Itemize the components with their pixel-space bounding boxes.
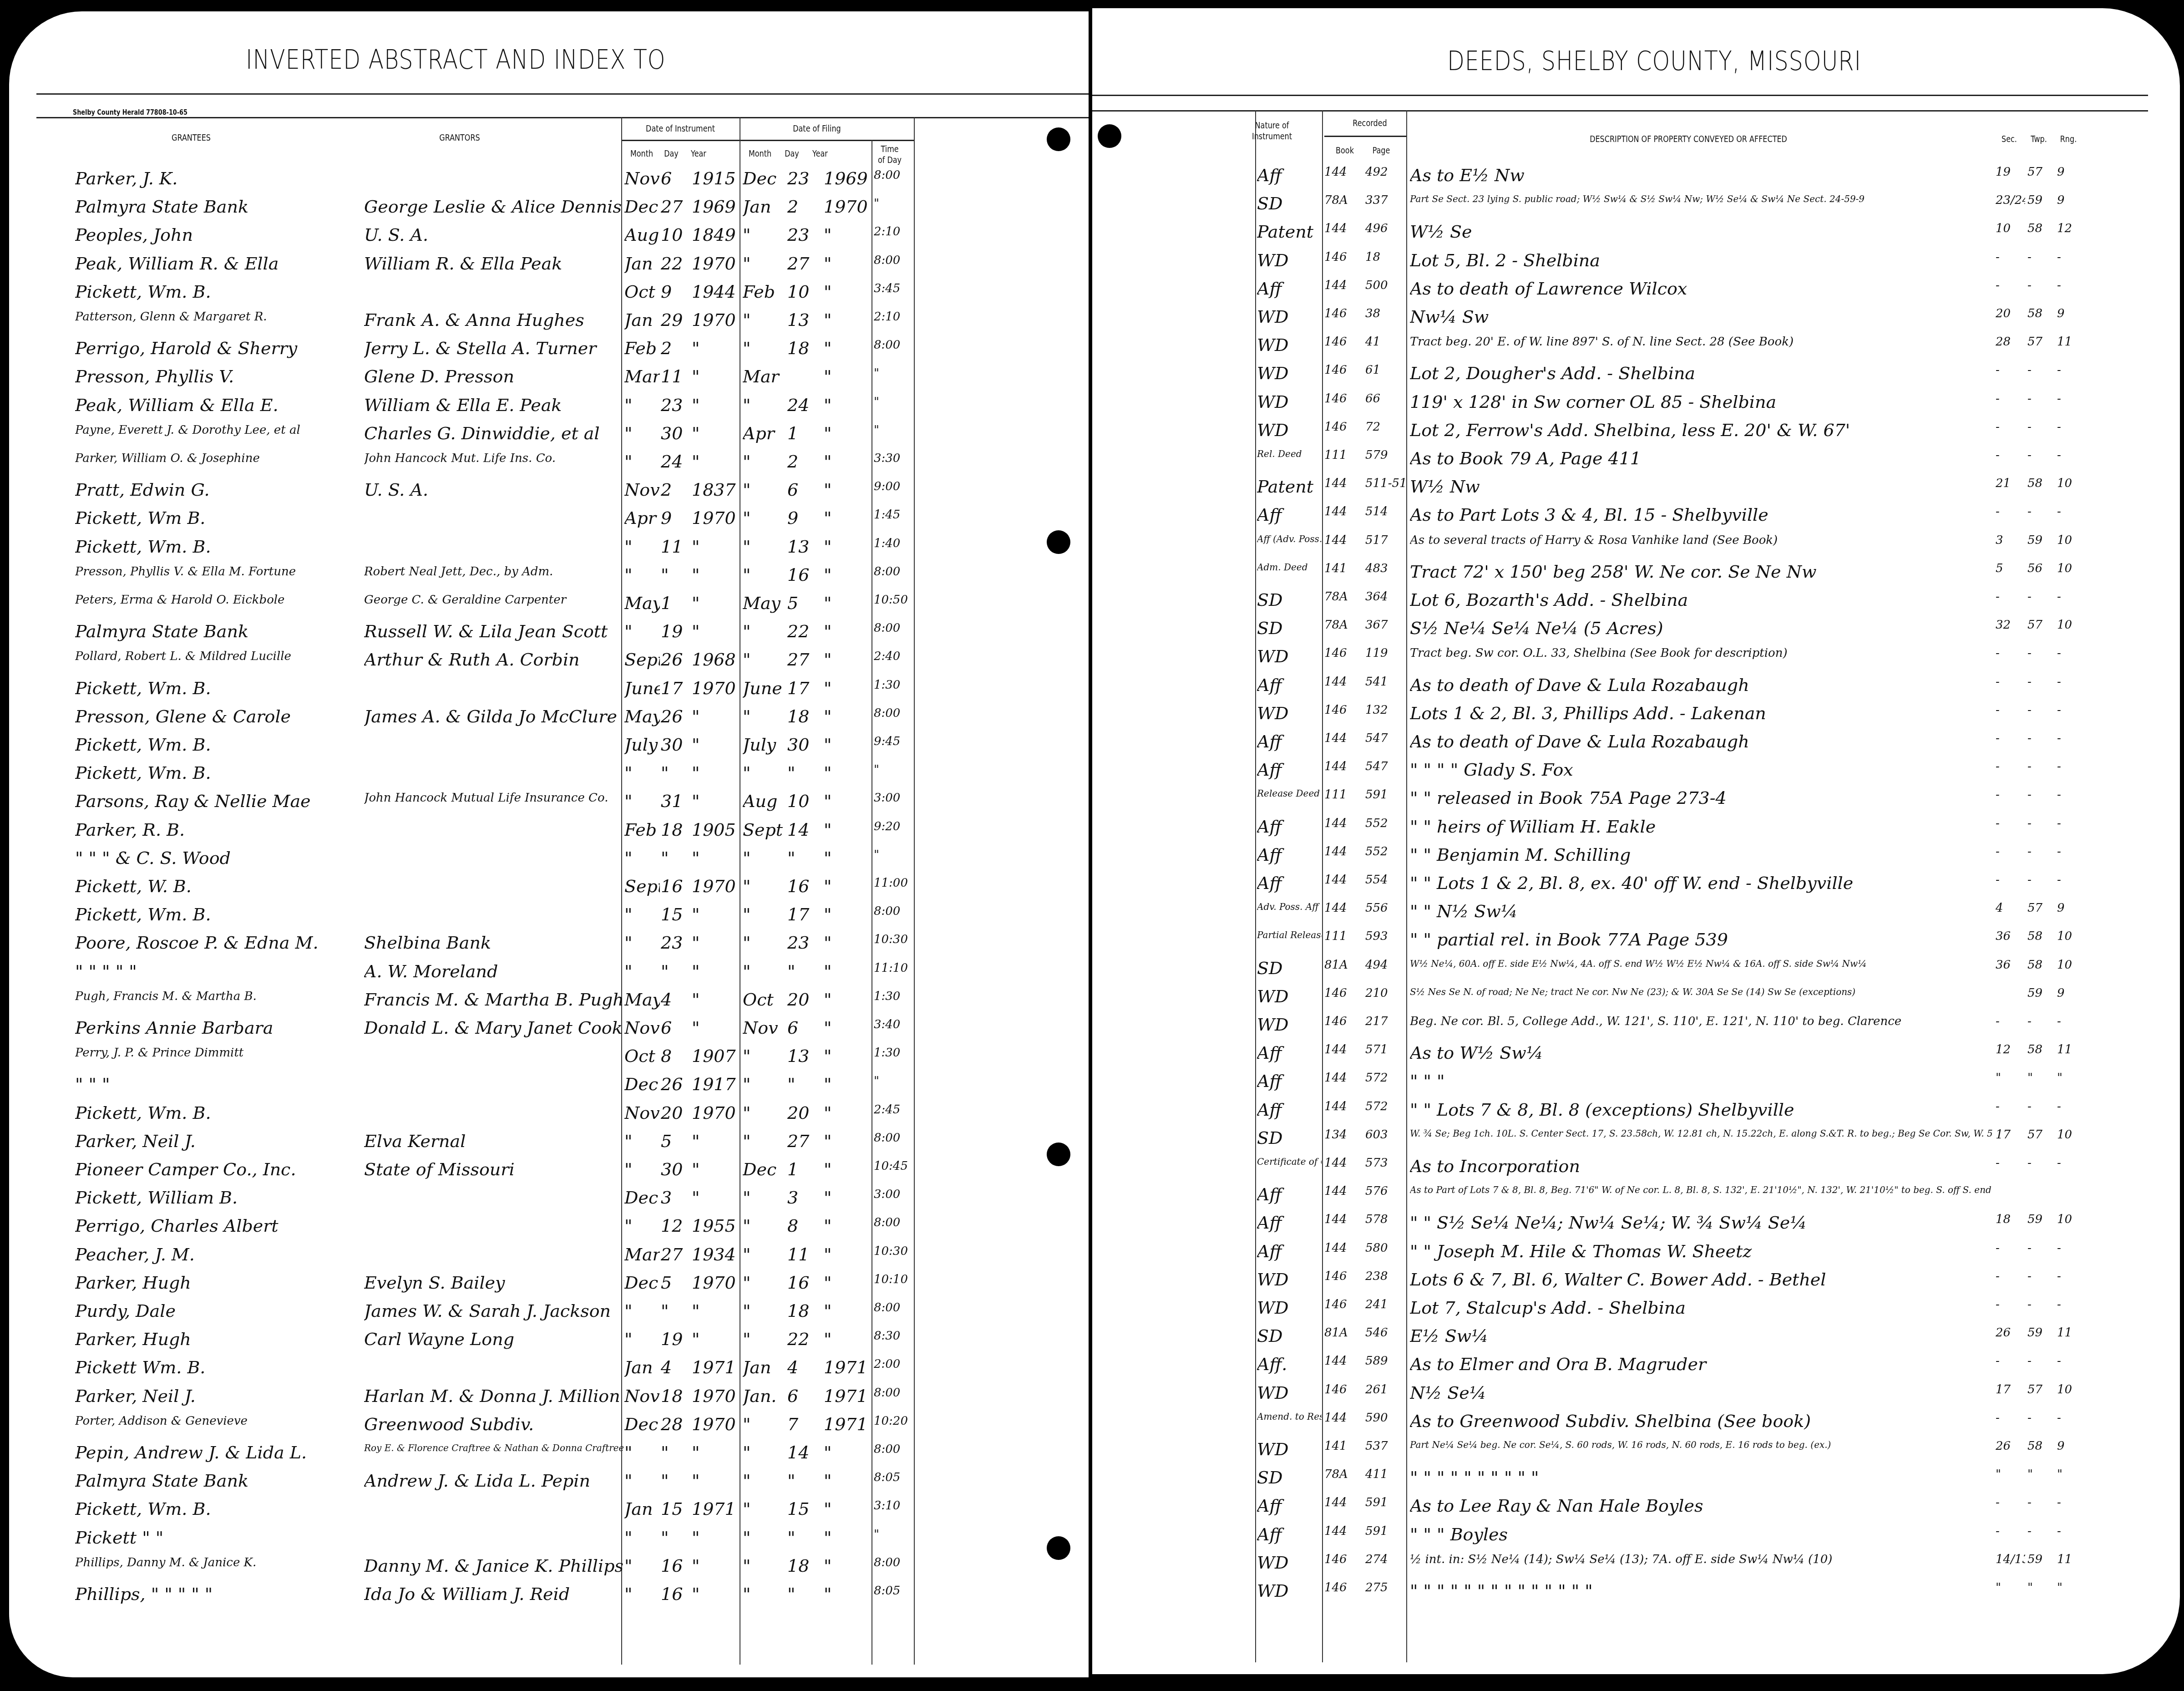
- instrument-day: 5: [661, 1131, 686, 1151]
- instrument-day: ": [661, 961, 686, 981]
- section-number: 5: [1996, 562, 2025, 575]
- instrument-year: ": [692, 593, 737, 613]
- filing-year: ": [824, 338, 869, 358]
- instrument-month: ": [624, 848, 660, 868]
- instrument-month: Jan: [624, 254, 660, 274]
- book-number: 146: [1324, 1015, 1363, 1028]
- instrument-month: ": [624, 395, 660, 415]
- range-number: 10: [2057, 562, 2084, 575]
- filing-month: ": [743, 537, 784, 557]
- ledger-row: Pickett, W. B.Sept161970"16"11:00: [9, 876, 1089, 904]
- grantor-name: Frank A. & Anna Hughes: [364, 310, 623, 330]
- filing-day: 16: [787, 565, 815, 585]
- book-number: 111: [1324, 448, 1363, 462]
- book-number: 144: [1324, 279, 1363, 292]
- grantee-name: Perry, J. P. & Prince Dimmitt: [75, 1046, 366, 1060]
- instrument-day: ": [661, 1442, 686, 1462]
- filing-time: 3:00: [874, 791, 915, 805]
- page-number: 483: [1365, 562, 1405, 575]
- instrument-month: Feb: [624, 820, 660, 840]
- instrument-year: 1970: [692, 1386, 737, 1406]
- filing-month: ": [743, 1273, 784, 1293]
- instrument-nature: Aff: [1257, 1071, 1322, 1091]
- instrument-nature: WD: [1257, 392, 1322, 412]
- range-number: -: [2057, 363, 2084, 377]
- book-number: 134: [1324, 1128, 1363, 1142]
- ledger-row: SD78A367S½ Ne¼ Se¼ Ne¼ (5 Acres)325710: [1092, 618, 2180, 646]
- section-number: -: [1996, 1411, 2025, 1425]
- recorded-subheader-rule: [1324, 136, 1406, 137]
- instrument-nature: WD: [1257, 335, 1322, 355]
- filing-year: ": [824, 961, 869, 981]
- range-number: 9: [2057, 307, 2084, 320]
- filing-time: 3:00: [874, 1188, 915, 1201]
- filing-day: 13: [787, 537, 815, 557]
- township-number: -: [2027, 760, 2055, 773]
- instrument-nature: WD: [1257, 1015, 1322, 1035]
- grantor-name: William & Ella E. Peak: [364, 395, 623, 415]
- grantee-name: Pepin, Andrew J. & Lida L.: [75, 1442, 366, 1462]
- page-number: 590: [1365, 1411, 1405, 1425]
- book-number: 144: [1324, 1496, 1363, 1509]
- filing-year: ": [824, 225, 869, 245]
- township-number: 59: [2027, 1326, 2055, 1340]
- instrument-day: ": [661, 848, 686, 868]
- ledger-row: SD134603W. ¾ Se; Beg 1ch. 10L. S. Center…: [1092, 1128, 2180, 1156]
- page-number: 337: [1365, 193, 1405, 207]
- grantor-name: John Hancock Mutual Life Insurance Co.: [364, 791, 623, 805]
- filing-time: 1:45: [874, 508, 915, 522]
- ledger-row: " " "Dec261917"""": [9, 1074, 1089, 1102]
- instrument-year: 1968: [692, 650, 737, 670]
- instrument-day: 20: [661, 1103, 686, 1123]
- filing-day: 5: [787, 593, 815, 613]
- filing-time: 2:40: [874, 650, 915, 663]
- grantee-name: Purdy, Dale: [75, 1301, 366, 1321]
- instrument-year: ": [692, 1528, 737, 1548]
- ledger-row: WD14672Lot 2, Ferrow's Add. Shelbina, le…: [1092, 420, 2180, 448]
- instrument-nature: WD: [1257, 1581, 1322, 1601]
- filing-year: ": [824, 1301, 869, 1321]
- filing-time: 8:00: [874, 254, 915, 267]
- instrument-month: ": [624, 423, 660, 443]
- instrument-year: ": [692, 395, 737, 415]
- instrument-day: ": [661, 1471, 686, 1491]
- book-number: 146: [1324, 646, 1363, 660]
- instrument-day: 11: [661, 366, 686, 386]
- page-number: 132: [1365, 703, 1405, 717]
- instrument-month: Dec: [624, 1273, 660, 1293]
- filing-day: 22: [787, 1329, 815, 1349]
- instrument-month: Nov: [624, 480, 660, 500]
- book-number: 146: [1324, 363, 1363, 377]
- filing-day: 20: [787, 990, 815, 1010]
- ledger-row: Pugh, Francis M. & Martha B.Francis M. &…: [9, 990, 1089, 1018]
- section-number: ": [1996, 1468, 2025, 1481]
- instrument-month: Aug: [624, 225, 660, 245]
- property-description: As to death of Dave & Lula Rozabaugh: [1410, 731, 1992, 752]
- ledger-row: Aff144578" " S½ Se¼ Ne¼; Nw¼ Se¼; W. ¾ S…: [1092, 1213, 2180, 1241]
- filing-day: 27: [787, 254, 815, 274]
- grantee-name: Payne, Everett J. & Dorothy Lee, et al: [75, 423, 366, 437]
- property-description: " " S½ Se¼ Ne¼; Nw¼ Se¼; W. ¾ Sw¼ Se¼: [1410, 1213, 1992, 1233]
- ledger-row: WD146217Beg. Ne cor. Bl. 5, College Add.…: [1092, 1015, 2180, 1043]
- instrument-day: 30: [661, 1159, 686, 1179]
- filing-day: 17: [787, 678, 815, 698]
- instrument-month: Dec: [624, 197, 660, 217]
- filing-year: ": [824, 282, 869, 302]
- book-number: 144: [1324, 731, 1363, 745]
- filing-day: 11: [787, 1244, 815, 1264]
- filing-time: 10:50: [874, 593, 915, 607]
- filing-day: 2: [787, 452, 815, 472]
- township-number: -: [2027, 392, 2055, 406]
- range-number: -: [2057, 1270, 2084, 1283]
- instrument-year: ": [692, 621, 737, 641]
- township-number: 58: [2027, 222, 2055, 235]
- filing-day: 18: [787, 706, 815, 726]
- instrument-month: May: [624, 706, 660, 726]
- column-header-description: DESCRIPTION OF PROPERTY CONVEYED OR AFFE…: [1576, 133, 1801, 144]
- book-number: 141: [1324, 1439, 1363, 1453]
- township-number: -: [2027, 788, 2055, 802]
- township-number: -: [2027, 817, 2055, 830]
- instrument-year: ": [692, 423, 737, 443]
- filing-time: 8:00: [874, 706, 915, 720]
- ledger-row: Adm. Deed141483Tract 72' x 150' beg 258'…: [1092, 562, 2180, 590]
- instrument-day: 4: [661, 990, 686, 1010]
- instrument-month: ": [624, 1556, 660, 1576]
- instrument-nature: WD: [1257, 1439, 1322, 1459]
- ledger-row: " " " " "A. W. Moreland""""""11:10: [9, 961, 1089, 990]
- range-number: -: [2057, 1496, 2084, 1509]
- printer-imprint: Shelby County Herald 77808-10-65: [73, 108, 187, 117]
- filing-year: ": [824, 791, 869, 811]
- instrument-day: 27: [661, 197, 686, 217]
- instrument-year: ": [692, 1442, 737, 1462]
- filing-month: ": [743, 1074, 784, 1094]
- section-number: 3: [1996, 533, 2025, 547]
- grantee-name: Patterson, Glenn & Margaret R.: [75, 310, 366, 324]
- ledger-row: Aff144576As to Part of Lots 7 & 8, Bl. 8…: [1092, 1184, 2180, 1213]
- ledger-row: Adv. Poss. Aff144556" " N½ Sw¼4579: [1092, 901, 2180, 929]
- grantee-name: Peoples, John: [75, 225, 366, 245]
- ledger-row: WD146119Tract beg. Sw cor. O.L. 33, Shel…: [1092, 646, 2180, 675]
- range-number: -: [2057, 1354, 2084, 1368]
- section-number: 17: [1996, 1383, 2025, 1396]
- section-number: 23/24: [1996, 193, 2025, 207]
- book-number: 146: [1324, 1270, 1363, 1283]
- instrument-nature: Aff: [1257, 279, 1322, 299]
- grantor-name: Charles G. Dinwiddie, et al: [364, 423, 623, 443]
- instrument-year: ": [692, 565, 737, 585]
- range-number: -: [2057, 760, 2084, 773]
- instrument-day: 30: [661, 735, 686, 755]
- township-number: -: [2027, 363, 2055, 377]
- filing-year: ": [824, 1528, 869, 1548]
- range-number: 9: [2057, 165, 2084, 179]
- book-number: 144: [1324, 1100, 1363, 1113]
- township-number: -: [2027, 420, 2055, 434]
- instrument-year: 1970: [692, 508, 737, 528]
- filing-day: 27: [787, 650, 815, 670]
- ledger-row: Palmyra State BankRussell W. & Lila Jean…: [9, 621, 1089, 650]
- section-number: -: [1996, 1524, 2025, 1538]
- filing-month: ": [743, 961, 784, 981]
- range-number: -: [2057, 590, 2084, 604]
- instrument-month: Nov: [624, 1386, 660, 1406]
- filing-year: ": [824, 706, 869, 726]
- book-number: 144: [1324, 1071, 1363, 1085]
- township-number: -: [2027, 505, 2055, 518]
- ledger-row: Pickett, Wm. B.July30"July30"9:45: [9, 735, 1089, 763]
- ledger-row: Aff144552" " Benjamin M. Schilling---: [1092, 845, 2180, 873]
- ledger-row: WD141537Part Ne¼ Se¼ beg. Ne cor. Se¼, S…: [1092, 1439, 2180, 1468]
- range-number: -: [2057, 646, 2084, 660]
- instrument-year: ": [692, 1471, 737, 1491]
- section-number: -: [1996, 1015, 2025, 1028]
- instrument-nature: Aff: [1257, 1100, 1322, 1120]
- instrument-nature: SD: [1257, 618, 1322, 638]
- range-number: -: [2057, 279, 2084, 292]
- filing-time: 3:30: [874, 452, 915, 465]
- grantee-name: Parker, Neil J.: [75, 1386, 366, 1406]
- filing-year: ": [824, 1103, 869, 1123]
- grantee-name: Pugh, Francis M. & Martha B.: [75, 990, 366, 1003]
- ledger-row: Perrigo, Harold & SherryJerry L. & Stell…: [9, 338, 1089, 366]
- property-description: " " Lots 1 & 2, Bl. 8, ex. 40' off W. en…: [1410, 873, 1992, 893]
- property-description: As to Lee Ray & Nan Hale Boyles: [1410, 1496, 1992, 1516]
- range-number: 12: [2057, 222, 2084, 235]
- ledger-row: Parker, HughEvelyn S. BaileyDec51970"16"…: [9, 1273, 1089, 1301]
- filing-day: 30: [787, 735, 815, 755]
- section-number: 14/13/10: [1996, 1553, 2025, 1566]
- section-number: 17: [1996, 1128, 2025, 1142]
- book-number: 78A: [1324, 193, 1363, 207]
- instrument-day: ": [661, 565, 686, 585]
- ledger-row: Pepin, Andrew J. & Lida L.Roy E. & Flore…: [9, 1442, 1089, 1471]
- ledger-row: Presson, Glene & CaroleJames A. & Gilda …: [9, 706, 1089, 735]
- page-number: 603: [1365, 1128, 1405, 1142]
- ledger-row: WD146241Lot 7, Stalcup's Add. - Shelbina…: [1092, 1298, 2180, 1326]
- ledger-row: Phillips, " " " " "Ida Jo & William J. R…: [9, 1584, 1089, 1612]
- filing-year: ": [824, 650, 869, 670]
- page-number: 591: [1365, 788, 1405, 802]
- township-number: -: [2027, 1298, 2055, 1311]
- instrument-year: 1944: [692, 282, 737, 302]
- column-header-rng: Rng.: [2057, 133, 2079, 144]
- instrument-day: 26: [661, 706, 686, 726]
- page-number: 576: [1365, 1184, 1405, 1198]
- instrument-day: 12: [661, 1216, 686, 1236]
- ledger-row: Aff144554" " Lots 1 & 2, Bl. 8, ex. 40' …: [1092, 873, 2180, 901]
- page-number: 571: [1365, 1043, 1405, 1056]
- range-number: 10: [2057, 1128, 2084, 1142]
- grantee-name: Peak, William & Ella E.: [75, 395, 366, 415]
- property-description: " " Lots 7 & 8, Bl. 8 (exceptions) Shelb…: [1410, 1100, 1992, 1120]
- ledger-row: Certificate of Corporate Records144573As…: [1092, 1156, 2180, 1184]
- filing-time: 9:45: [874, 735, 915, 748]
- section-number: -: [1996, 250, 2025, 264]
- filing-year: ": [824, 1159, 869, 1179]
- township-number: 57: [2027, 901, 2055, 915]
- township-number: -: [2027, 279, 2055, 292]
- grantee-name: Pioneer Camper Co., Inc.: [75, 1159, 366, 1179]
- filing-time: 1:30: [874, 1046, 915, 1060]
- township-number: ": [2027, 1071, 2055, 1085]
- book-number: 111: [1324, 788, 1363, 802]
- filing-month: ": [743, 933, 784, 953]
- filing-year: ": [824, 1499, 869, 1519]
- instrument-nature: WD: [1257, 1298, 1322, 1318]
- book-spine: [1089, 0, 1092, 1691]
- column-header-page: Page: [1367, 145, 1396, 156]
- filing-time: 8:05: [874, 1584, 915, 1598]
- page-number: 275: [1365, 1581, 1405, 1595]
- ledger-row: Parker, R. B.Feb181905Sept14"9:20: [9, 820, 1089, 848]
- filing-year: ": [824, 1131, 869, 1151]
- range-number: 10: [2057, 533, 2084, 547]
- filing-time: 8:00: [874, 1131, 915, 1145]
- range-number: -: [2057, 1156, 2084, 1170]
- book-number: 144: [1324, 1411, 1363, 1425]
- township-number: 58: [2027, 1439, 2055, 1453]
- filing-year: ": [824, 423, 869, 443]
- filing-month: Feb: [743, 282, 784, 302]
- filing-year: 1971: [824, 1357, 869, 1377]
- ledger-row: Porter, Addison & GenevieveGreenwood Sub…: [9, 1414, 1089, 1442]
- instrument-day: 27: [661, 1244, 686, 1264]
- filing-day: 6: [787, 480, 815, 500]
- instrument-month: Sept: [624, 650, 660, 670]
- section-number: -: [1996, 845, 2025, 858]
- page-number: 572: [1365, 1100, 1405, 1113]
- section-number: 19: [1996, 165, 2025, 179]
- page-number: 511-512: [1365, 477, 1405, 490]
- property-description: E½ Sw¼: [1410, 1326, 1992, 1346]
- filing-time: 8:00: [874, 565, 915, 579]
- page-number: 411: [1365, 1468, 1405, 1481]
- column-header-fil-month: Month: [747, 148, 773, 159]
- filing-month: Sept: [743, 820, 784, 840]
- grantee-name: Pickett, Wm. B.: [75, 1499, 366, 1519]
- filing-time: 11:00: [874, 876, 915, 890]
- instrument-day: ": [661, 1528, 686, 1548]
- instrument-day: 16: [661, 1556, 686, 1576]
- filing-time: ": [874, 423, 915, 437]
- right-page: DEEDS, SHELBY COUNTY, MISSOURI Nature of…: [1092, 8, 2180, 1674]
- book-number: 144: [1324, 165, 1363, 179]
- book-number: 111: [1324, 929, 1363, 943]
- township-number: 57: [2027, 335, 2055, 349]
- grantor-name: William R. & Ella Peak: [364, 254, 623, 274]
- instrument-day: 28: [661, 1414, 686, 1434]
- instrument-day: 9: [661, 282, 686, 302]
- filing-time: 3:40: [874, 1018, 915, 1031]
- instrument-month: ": [624, 452, 660, 472]
- range-number: -: [2057, 1298, 2084, 1311]
- range-number: 11: [2057, 335, 2084, 349]
- ledger-row: Aff144580" " Joseph M. Hile & Thomas W. …: [1092, 1241, 2180, 1270]
- property-description: Lot 2, Dougher's Add. - Shelbina: [1410, 363, 1992, 383]
- instrument-year: ": [692, 366, 737, 386]
- filing-month: ": [743, 1244, 784, 1264]
- range-number: 10: [2057, 958, 2084, 972]
- filing-month: ": [743, 1216, 784, 1236]
- instrument-day: ": [661, 1301, 686, 1321]
- ledger-row: Pickett, Wm. B."11""13"1:40: [9, 537, 1089, 565]
- filing-month: ": [743, 338, 784, 358]
- page-number: 547: [1365, 760, 1405, 773]
- ledger-row: Parsons, Ray & Nellie MaeJohn Hancock Mu…: [9, 791, 1089, 819]
- instrument-nature: Aff: [1257, 1043, 1322, 1063]
- section-number: 32: [1996, 618, 2025, 632]
- filing-time: 10:30: [874, 933, 915, 946]
- ledger-row: WD146275" " " " " " " " " " " " " """": [1092, 1581, 2180, 1609]
- instrument-year: ": [692, 735, 737, 755]
- instrument-month: ": [624, 1471, 660, 1491]
- instrument-month: ": [624, 791, 660, 811]
- filing-month: Oct: [743, 990, 784, 1010]
- filing-time: 2:10: [874, 225, 915, 239]
- filing-month: ": [743, 1442, 784, 1462]
- property-description: Nw¼ Sw: [1410, 307, 1992, 327]
- property-description: As to Greenwood Subdiv. Shelbina (See bo…: [1410, 1411, 1992, 1431]
- ledger-row: Patent144511-512W½ Nw215810: [1092, 477, 2180, 505]
- section-number: -: [1996, 590, 2025, 604]
- property-description: As to Book 79 A, Page 411: [1410, 448, 1992, 468]
- instrument-month: Nov: [624, 1103, 660, 1123]
- property-description: " " Benjamin M. Schilling: [1410, 845, 1992, 865]
- instrument-month: Sept: [624, 876, 660, 896]
- instrument-month: July: [624, 735, 660, 755]
- instrument-year: 1934: [692, 1244, 737, 1264]
- page-number: 261: [1365, 1383, 1405, 1396]
- grantee-name: Palmyra State Bank: [75, 1471, 366, 1491]
- binder-hole: [1047, 127, 1070, 151]
- section-number: -: [1996, 420, 2025, 434]
- instrument-nature: Aff: [1257, 731, 1322, 752]
- book-number: 146: [1324, 335, 1363, 349]
- property-description: Tract beg. 20' E. of W. line 897' S. of …: [1410, 335, 1992, 349]
- header-rule-top: [1092, 95, 2148, 96]
- instrument-nature: Aff: [1257, 675, 1322, 695]
- filing-day: ": [787, 1528, 815, 1548]
- filing-month: ": [743, 1414, 784, 1434]
- filing-year: ": [824, 310, 869, 330]
- book-number: 144: [1324, 1043, 1363, 1056]
- township-number: -: [2027, 1524, 2055, 1538]
- section-number: 4: [1996, 901, 2025, 915]
- filing-year: ": [824, 1471, 869, 1491]
- instrument-day: 15: [661, 1499, 686, 1519]
- instrument-nature: Release Deed: [1257, 788, 1322, 799]
- filing-day: ": [787, 1471, 815, 1491]
- range-number: -: [2057, 1015, 2084, 1028]
- township-number: -: [2027, 646, 2055, 660]
- book-number: 146: [1324, 420, 1363, 434]
- page-number: 591: [1365, 1496, 1405, 1509]
- instrument-month: Mar: [624, 366, 660, 386]
- grantee-name: Pickett, Wm. B.: [75, 678, 366, 698]
- section-number: -: [1996, 448, 2025, 462]
- instrument-month: Jan: [624, 1357, 660, 1377]
- column-header-twp: Twp.: [2028, 133, 2050, 144]
- filing-year: ": [824, 1244, 869, 1264]
- filing-month: June: [743, 678, 784, 698]
- grantee-name: Peak, William R. & Ella: [75, 254, 366, 274]
- book-number: 144: [1324, 1524, 1363, 1538]
